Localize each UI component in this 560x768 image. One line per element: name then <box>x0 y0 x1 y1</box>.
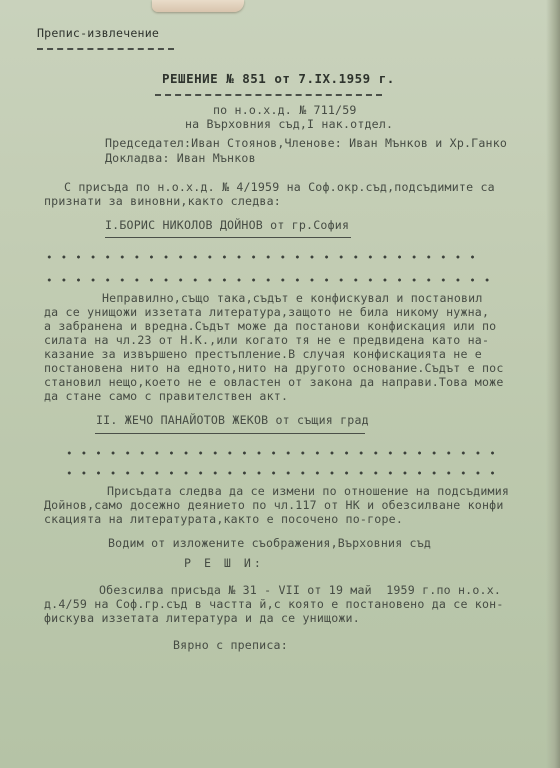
omission-dots-1 <box>42 255 482 259</box>
paragraph-1-line-8: да стане само с правителствен акт. <box>44 390 288 403</box>
document-page: Препис-извлечение РЕШЕНИЕ № 851 от 7.IX.… <box>0 0 560 768</box>
paragraph-1-line-7: становил нещо,което не е овластен от зак… <box>44 376 504 389</box>
paragraph-3-line-1: Обезсилва присъда № 31 - VII от 19 май 1… <box>99 584 501 597</box>
paragraph-2-line-2: Дойнов,само досежно деянието по чл.117 о… <box>44 499 504 512</box>
case-number: по н.о.х.д. № 711/59 <box>213 104 357 117</box>
omission-dots-3 <box>62 451 502 455</box>
omission-dots-2 <box>42 278 490 282</box>
omission-dots-4 <box>62 471 502 475</box>
defendant-2-underline <box>95 433 365 434</box>
intro-line-2: признати за виновни,както следва: <box>44 195 281 208</box>
paragraph-3-line-2: д.4/59 на Соф.гр.съд в частта й,с която … <box>44 598 504 611</box>
page-edge <box>546 0 560 768</box>
defendant-1-underline <box>105 237 351 238</box>
reporter: Докладва: Иван Мънков <box>105 152 256 165</box>
decision-word: Р Е Ш И: <box>184 557 264 570</box>
paragraph-1-line-3: а забранена и вредна.Съдът може да поста… <box>44 320 496 333</box>
header-label: Препис-извлечение <box>37 27 159 40</box>
certification: Вярно с преписа: <box>173 639 288 652</box>
paragraph-1-line-4: силата на чл.23 от Н.К.,или когато тя не… <box>44 334 489 347</box>
paragraph-1-line-1: Неправилно,също така,съдът е конфискувал… <box>102 292 483 305</box>
court-name: на Върховния съд,I нак.отдел. <box>185 118 393 131</box>
panel-composition: Председател:Иван Стоянов,Членове: Иван М… <box>105 137 507 150</box>
paragraph-3-line-3: фискува иззетата литература и да се унищ… <box>44 612 360 625</box>
conclusion-line: Водим от изложените съображения,Върховни… <box>108 537 431 550</box>
paper-clip <box>152 0 244 12</box>
paragraph-2-line-1: Присъдата следва да се измени по отношен… <box>107 485 509 498</box>
decision-title: РЕШЕНИЕ № 851 от 7.IX.1959 г. <box>162 72 395 85</box>
paragraph-1-line-5: казание за извършено престъпление.В случ… <box>44 348 482 361</box>
header-underline <box>37 48 174 50</box>
intro-line-1: С присъда по н.о.х.д. № 4/1959 на Соф.ок… <box>64 181 495 194</box>
defendant-2: II. ЖЕЧО ПАНАЙОТОВ ЖЕКОВ от същия град <box>96 414 369 427</box>
defendant-1: I.БОРИС НИКОЛОВ ДОЙНОВ от гр.София <box>105 219 349 232</box>
paragraph-1-line-2: да се унищожи иззетата литература,защото… <box>44 306 489 319</box>
title-underline <box>155 94 382 96</box>
paragraph-2-line-3: скацията на литературата,както е посочен… <box>44 513 403 526</box>
paragraph-1-line-6: постановена нито на едното,нито на друго… <box>44 362 504 375</box>
